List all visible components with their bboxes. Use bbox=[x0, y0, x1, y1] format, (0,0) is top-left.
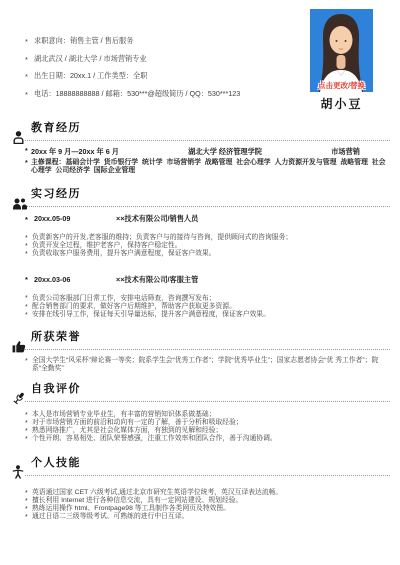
internship-role: ××技术有限公司/客服主管 bbox=[116, 275, 198, 284]
photo-replace-label[interactable]: 点击更改/替换 bbox=[310, 80, 373, 91]
evaluation-bullet: 熟悉网络推广，尤其是社会化媒体方面，有独到的见解和经验； bbox=[25, 427, 390, 435]
person-icon bbox=[12, 465, 24, 479]
section-education-title: 教育经历 bbox=[31, 122, 81, 134]
people-icon bbox=[12, 197, 27, 210]
section-internship: 实习经历 20xx.05-09 ××技术有限公司/销售人员 负责新客户的开发,老… bbox=[25, 184, 390, 319]
info-line-birth-worktype: 出生日期：20xx.1 / 工作类型：全职 bbox=[25, 72, 300, 80]
education-school: 湖北大学 经济管理学院 bbox=[188, 147, 262, 157]
info-line-contacts: 电话：18888888888 / 邮箱：530***@超级简历 / QQ：530… bbox=[25, 90, 300, 98]
section-evaluation-title: 自我评价 bbox=[31, 383, 81, 395]
internship-period: 20xx.05-09 bbox=[34, 214, 114, 223]
section-skills-title: 个人技能 bbox=[31, 457, 81, 469]
evaluation-bullet: 个性开朗、容易相处、团队荣誉感强，注重工作效率和团队合作，善于沟通协调。 bbox=[25, 435, 390, 443]
microphone-icon bbox=[12, 391, 26, 405]
section-internship-header: 实习经历 bbox=[25, 184, 390, 207]
skill-bullet: 擅长利用 Internet 进行各种信息交流，具有一定网站建设、规划经验。 bbox=[25, 497, 390, 505]
evaluation-bullet: 本人是市场营销专业毕业生，有丰富的营销知识体系做基础； bbox=[25, 411, 390, 419]
skill-bullet: 英语通过国家 CET 六级考试,通过北京市研究生英语学位统考，英汉互译表达流畅。 bbox=[25, 489, 390, 497]
education-period: 20xx 年 9 月—20xx 年 6 月 bbox=[31, 147, 119, 157]
internship-entry-header: 20xx.03-06 ××技术有限公司/客服主管 bbox=[25, 275, 390, 285]
evaluation-bullet: 对于市场营销方面的前沿和动向有一定的了解，善于分析和吸取经验； bbox=[25, 419, 390, 427]
person-bust-icon bbox=[12, 130, 25, 144]
internship-bullet: 负责公司客服部门日常工作，安排电话筛查，咨询撰写发布； bbox=[25, 295, 390, 303]
info-line-objective: 求职意向：销售主管 / 售后服务 bbox=[25, 37, 300, 45]
person-name: 胡小豆 bbox=[310, 95, 373, 112]
resume-page: 求职意向：销售主管 / 售后服务 湖北武汉 / 湖北大学 / 市场营销专业 出生… bbox=[0, 0, 400, 565]
internship-bullet: 负责开发全过程，维护老客户，保持客户稳定性。 bbox=[25, 242, 390, 250]
education-entry: 20xx 年 9 月—20xx 年 6 月 湖北大学 经济管理学院 市场营销 bbox=[25, 147, 390, 157]
education-major: 市场营销 bbox=[331, 147, 360, 157]
section-education-header: 教育经历 bbox=[25, 118, 390, 141]
skill-bullet: 熟练运用操作 html、Frontpage98 等工具制作各类网页及特效图。 bbox=[25, 505, 390, 513]
personal-info-list: 求职意向：销售主管 / 售后服务 湖北武汉 / 湖北大学 / 市场营销专业 出生… bbox=[25, 37, 300, 107]
internship-period: 20xx.03-06 bbox=[34, 275, 114, 284]
section-honors: 所获荣誉 全国大学生“风采杯”辩论赛一等奖；院系学生会“优秀工作者”；学院“优秀… bbox=[25, 327, 390, 373]
section-evaluation: 自我评价 本人是市场营销专业毕业生，有丰富的营销知识体系做基础； 对于市场营销方… bbox=[25, 379, 390, 443]
internship-entry-header: 20xx.05-09 ××技术有限公司/销售人员 bbox=[25, 214, 390, 224]
section-honors-title: 所获荣誉 bbox=[31, 331, 81, 343]
internship-bullet: 负责新客户的开发,老客服的维持；负责客户与的接待与咨询，提供顾问式的咨询服务； bbox=[25, 234, 390, 242]
skill-bullet: 通过日语二三级等级考试、可熟练的进行中日互译。 bbox=[25, 513, 390, 521]
section-internship-title: 实习经历 bbox=[31, 188, 81, 200]
section-skills-header: 个人技能 bbox=[25, 453, 390, 476]
section-education: 教育经历 20xx 年 9 月—20xx 年 6 月 湖北大学 经济管理学院 市… bbox=[25, 118, 390, 174]
internship-bullet: 安排在线引导工作，保证每天引导量达标，提升客户满意程度，保证客户效果。 bbox=[25, 311, 390, 319]
internship-entry: 20xx.05-09 ××技术有限公司/销售人员 负责新客户的开发,老客服的维持… bbox=[25, 214, 390, 258]
internship-bullet: 负责收取客户服务费用，提升客户满意程度，保证客户效果。 bbox=[25, 250, 390, 258]
section-evaluation-header: 自我评价 bbox=[25, 379, 390, 402]
section-honors-header: 所获荣誉 bbox=[25, 327, 390, 350]
internship-role: ××技术有限公司/销售人员 bbox=[116, 214, 198, 223]
info-line-location-school: 湖北武汉 / 湖北大学 / 市场营销专业 bbox=[25, 55, 300, 63]
section-skills: 个人技能 英语通过国家 CET 六级考试,通过北京市研究生英语学位统考，英汉互译… bbox=[25, 453, 390, 521]
internship-entry: 20xx.03-06 ××技术有限公司/客服主管 负责公司客服部门日常工作，安排… bbox=[25, 275, 390, 319]
honors-text: 全国大学生“风采杯”辩论赛一等奖；院系学生会“优秀工作者”；学院“优秀毕业生”；… bbox=[25, 357, 390, 373]
thumbs-up-icon bbox=[12, 340, 26, 353]
internship-bullet: 配合销售部门的要求，做好客户后期维护，帮助客户获取更多资源。 bbox=[25, 303, 390, 311]
profile-photo[interactable]: 点击更改/替换 bbox=[310, 9, 373, 92]
education-courses: 主修课程：基础会计学 货币银行学 统计学 市场营销学 战略管理 社会心理学 人力… bbox=[25, 159, 390, 174]
